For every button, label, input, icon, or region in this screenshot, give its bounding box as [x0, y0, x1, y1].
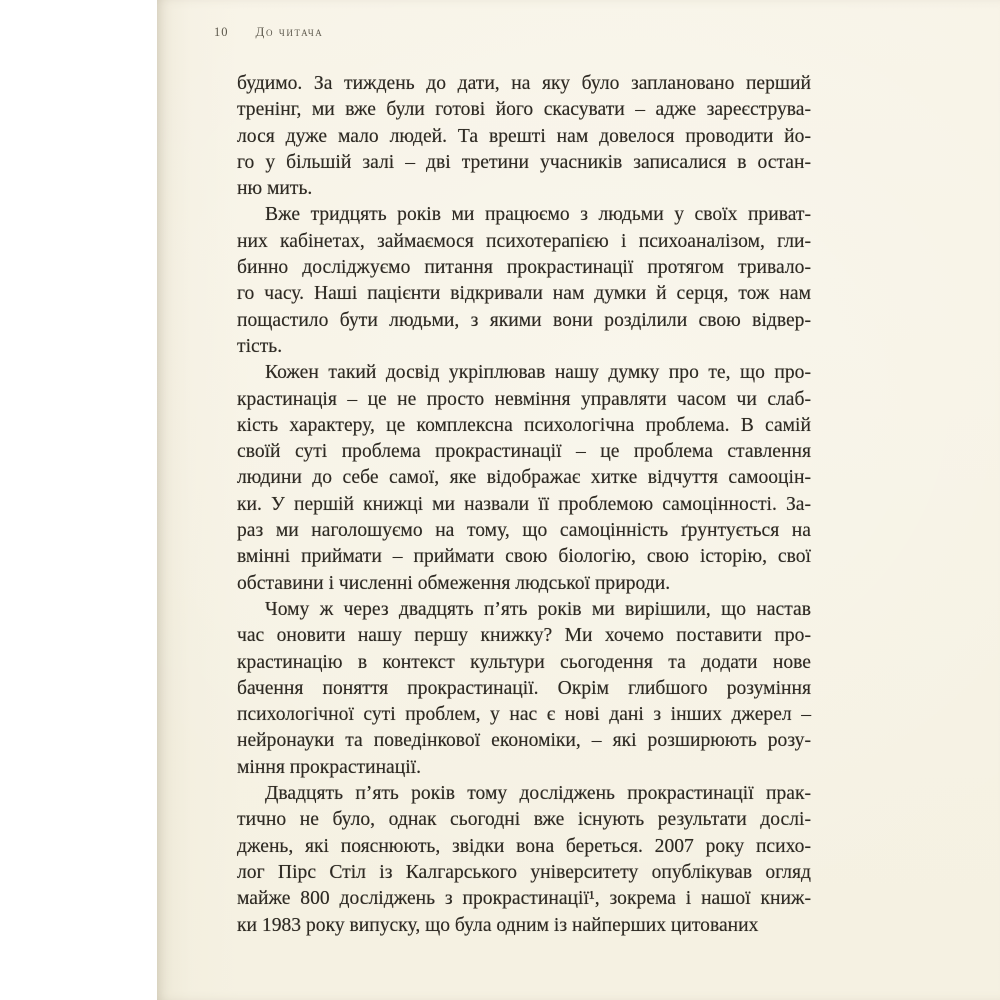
running-header: 10 До читача: [214, 24, 323, 40]
text-line: будимо. За тиждень до дати, на яку було …: [237, 71, 811, 97]
text-line: обставини і численні обмеження людської …: [237, 571, 811, 597]
text-line: тично не було, однак сьогодні вже існуют…: [237, 807, 811, 833]
book-page: 10 До читача будимо. За тиждень до дати,…: [157, 0, 1000, 1000]
text-line: тренінг, ми вже були готові його скасува…: [237, 97, 811, 123]
paragraph: Чому ж через двадцять п’ять років ми вир…: [237, 597, 811, 781]
text-line: своїй суті проблема прокрастинації – це …: [237, 439, 811, 465]
text-line: ню мить.: [237, 176, 811, 202]
text-line: бинно досліджуємо питання прокрастинації…: [237, 255, 811, 281]
text-line: кість характеру, це комплексна психологі…: [237, 413, 811, 439]
text-line: крастинація – це не просто невміння упра…: [237, 387, 811, 413]
text-line: ки 1983 року випуску, що була одним із н…: [237, 913, 811, 939]
text-line: Чому ж через двадцять п’ять років ми вир…: [237, 597, 811, 623]
text-line: нейронауки та поведінкової економіки, – …: [237, 728, 811, 754]
text-line: вмінні приймати – приймати свою біологію…: [237, 544, 811, 570]
scan-background: 10 До читача будимо. За тиждень до дати,…: [0, 0, 1000, 1000]
body-text: будимо. За тиждень до дати, на яку було …: [237, 71, 811, 939]
text-line: пощастило бути людьми, з якими вони розд…: [237, 308, 811, 334]
text-line: міння прокрастинації.: [237, 755, 811, 781]
text-line: бачення поняття прокрастинації. Окрім гл…: [237, 676, 811, 702]
text-line: раз ми наголошуємо на тому, що самоцінні…: [237, 518, 811, 544]
text-line: лог Пірс Стіл із Калгарського університе…: [237, 860, 811, 886]
text-line: Кожен такий досвід укріплював нашу думку…: [237, 360, 811, 386]
text-line: Вже тридцять років ми працюємо з людьми …: [237, 202, 811, 228]
text-line: го часу. Наші пацієнти відкривали нам ду…: [237, 281, 811, 307]
paragraph: будимо. За тиждень до дати, на яку було …: [237, 71, 811, 202]
paragraph: Кожен такий досвід укріплював нашу думку…: [237, 360, 811, 597]
text-line: го у більшій залі – дві третини учасникі…: [237, 150, 811, 176]
text-line: джень, які пояснюють, звідки вона береть…: [237, 834, 811, 860]
paragraph: Двадцять п’ять років тому досліджень про…: [237, 781, 811, 939]
text-line: людини до себе самої, яке відображає хит…: [237, 465, 811, 491]
text-line: психологічної суті проблем, у нас є нові…: [237, 702, 811, 728]
text-line: крастинацію в контекст культури сьогоден…: [237, 650, 811, 676]
text-line: Двадцять п’ять років тому досліджень про…: [237, 781, 811, 807]
text-line: тість.: [237, 334, 811, 360]
page-number: 10: [214, 25, 229, 40]
text-line: час оновити нашу першу книжку? Ми хочемо…: [237, 623, 811, 649]
text-line: лося дуже мало людей. Та врешті нам дове…: [237, 124, 811, 150]
text-line: майже 800 досліджень з прокрастинації¹, …: [237, 886, 811, 912]
section-title: До читача: [256, 24, 324, 40]
text-line: них кабінетах, займаємося психотерапією …: [237, 229, 811, 255]
text-line: ки. У першій книжці ми назвали її пробле…: [237, 492, 811, 518]
paragraph: Вже тридцять років ми працюємо з людьми …: [237, 202, 811, 360]
